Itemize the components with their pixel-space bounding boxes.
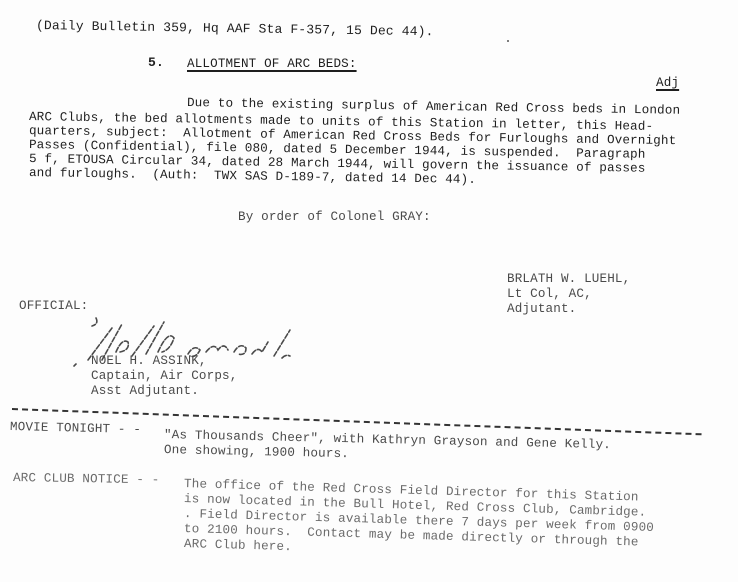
- section-heading: ALLOTMENT OF ARC BEDS:: [187, 57, 357, 71]
- signatory-title: Adjutant.: [507, 302, 576, 316]
- official-label: OFFICIAL:: [19, 299, 88, 313]
- official-title: Asst Adjutant.: [91, 384, 199, 398]
- movie-label: MOVIE TONIGHT - -: [10, 420, 141, 437]
- signatory-rank: Lt Col, AC,: [507, 287, 592, 301]
- by-order-line: By order of Colonel GRAY:: [238, 210, 431, 224]
- margin-note: Adj: [656, 76, 679, 90]
- signatory-name: BRLATH W. LUEHL,: [507, 272, 630, 286]
- official-rank: Captain, Air Corps,: [91, 369, 237, 383]
- arc-notice-line: ARC Club here.: [184, 537, 292, 554]
- bulletin-citation: (Daily Bulletin 359, Hq AAF Sta F-357, 1…: [36, 19, 434, 39]
- movie-showing-line: One showing, 1900 hours.: [164, 443, 349, 461]
- official-name: NOEL H. ASSINK,: [91, 354, 207, 368]
- arc-notice-label: ARC CLUB NOTICE - -: [13, 471, 160, 487]
- section-number: 5.: [148, 56, 164, 70]
- speck: [507, 40, 509, 42]
- document-page: (Daily Bulletin 359, Hq AAF Sta F-357, 1…: [0, 0, 738, 582]
